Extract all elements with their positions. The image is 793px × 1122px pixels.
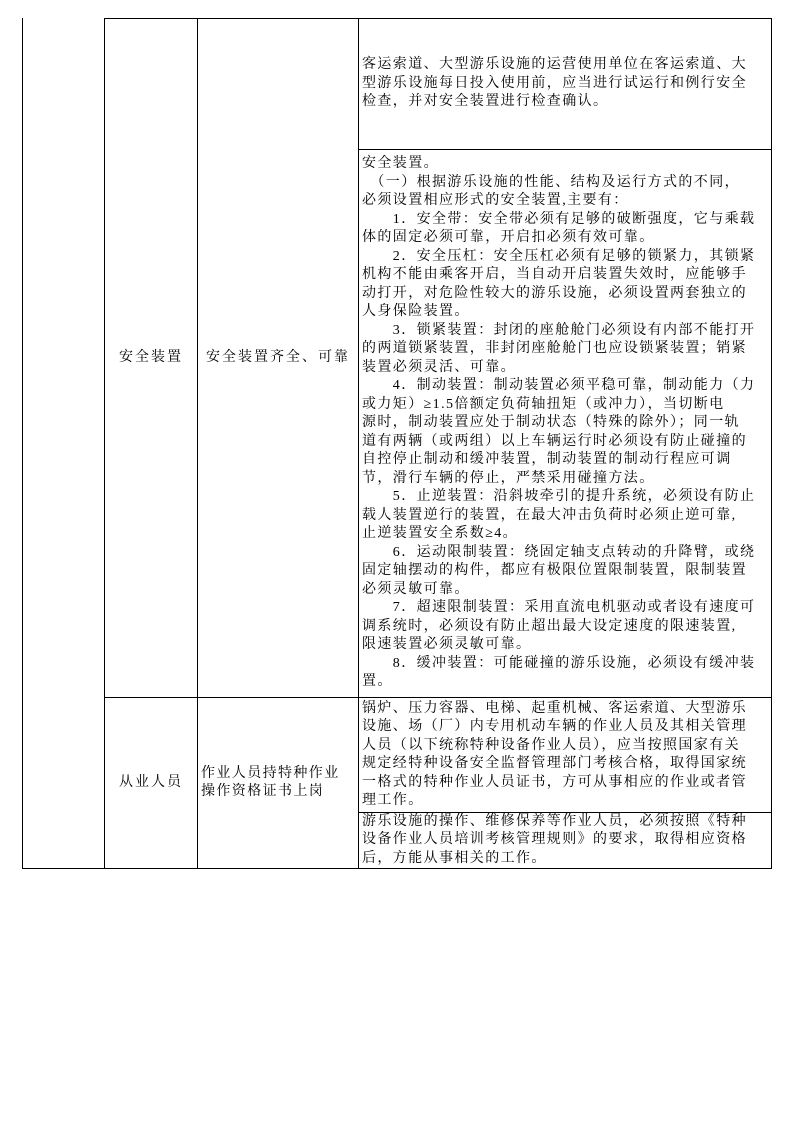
requirement-cell-personnel: 作业人员持特种作业 操作资格证书上岗 — [197, 697, 359, 869]
requirement-label-safety-devices: 安全装置齐全、可靠 — [206, 349, 350, 368]
left-spanning-cell — [22, 18, 105, 869]
category-cell-safety-devices: 安全装置 — [104, 18, 198, 698]
detail-text-personnel-certification: 锅炉、压力容器、电梯、起重机械、客运索道、大型游乐 设施、场（厂）内专用机动车辆… — [362, 700, 747, 811]
category-label-safety-devices: 安全装置 — [119, 349, 183, 368]
category-label-personnel: 从业人员 — [119, 774, 183, 793]
document-page: 安全装置 安全装置齐全、可靠 客运索道、大型游乐设施的运营使用单位在客运索道、大… — [0, 0, 793, 1122]
requirement-cell-safety-devices: 安全装置齐全、可靠 — [197, 18, 359, 698]
requirement-label-personnel: 作业人员持特种作业 操作资格证书上岗 — [201, 765, 340, 802]
category-cell-personnel: 从业人员 — [104, 697, 198, 869]
detail-text-operator-training: 游乐设施的操作、维修保养等作业人员，必须按照《特种 设备作业人员培训考核管理规则… — [362, 813, 747, 869]
detail-text-daily-check: 客运索道、大型游乐设施的运营使用单位在客运索道、大 型游乐设施每日投入使用前，应… — [362, 56, 747, 112]
detail-cell-daily-check: 客运索道、大型游乐设施的运营使用单位在客运索道、大 型游乐设施每日投入使用前，应… — [358, 18, 772, 150]
detail-cell-operator-training: 游乐设施的操作、维修保养等作业人员，必须按照《特种 设备作业人员培训考核管理规则… — [358, 812, 772, 869]
detail-text-safety-device-list: 安全装置。 （一）根据游乐设施的性能、结构及运行方式的不同， 必须设置相应形式的… — [362, 155, 755, 692]
detail-cell-safety-device-list: 安全装置。 （一）根据游乐设施的性能、结构及运行方式的不同， 必须设置相应形式的… — [358, 149, 772, 698]
detail-cell-personnel-certification: 锅炉、压力容器、电梯、起重机械、客运索道、大型游乐 设施、场（厂）内专用机动车辆… — [358, 697, 772, 813]
